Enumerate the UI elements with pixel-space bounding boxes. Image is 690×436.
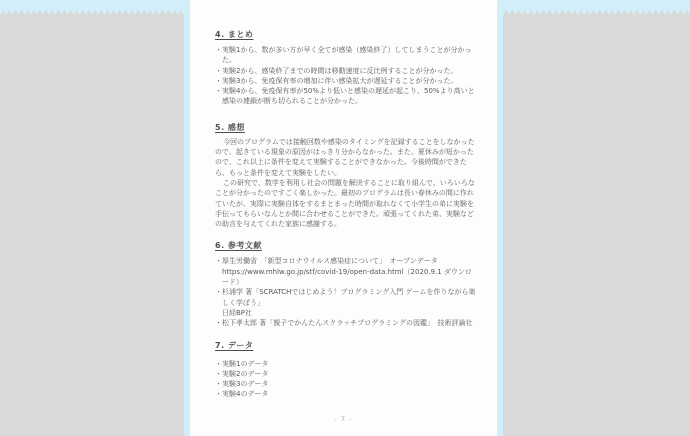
section-heading-data: 7. データ: [215, 341, 477, 350]
section-heading-references: 6. 参考文献: [215, 241, 477, 250]
data-bullet: ・実験1のデータ: [215, 359, 477, 369]
reference-publisher: 日経BP社: [215, 308, 477, 318]
impressions-paragraph: この研究で、数学を利用し社会の問題を解決することに取り組んで、いろいろなことが分…: [215, 178, 477, 229]
data-bullet: ・実験2のデータ: [215, 369, 477, 379]
backdrop-panel-right: [503, 15, 690, 436]
reference-item: ・杉浦学 著「SCRATCHではじめよう！プログラミング入門 ゲームを作りながら…: [215, 287, 477, 308]
summary-bullet: ・実験2から、感染終了までの時間は移動速度に反比例することが分かった。: [215, 66, 477, 76]
section-summary: 4. まとめ ・実験1から、数が多い方が早く全てが感染（感染終了）してしまうこと…: [215, 30, 477, 107]
summary-bullet: ・実験3から、免疫保有率の増加に伴い感染拡大が遅延することが分かった。: [215, 76, 477, 86]
section-impressions: 5. 感想 今回のプログラムでは接触回数や感染のタイミングを記録することをしなか…: [215, 123, 477, 230]
section-heading-impressions: 5. 感想: [215, 123, 477, 132]
page-number: - 7 -: [190, 414, 497, 424]
data-bullet: ・実験4のデータ: [215, 389, 477, 399]
section-heading-summary: 4. まとめ: [215, 30, 477, 39]
section-references: 6. 参考文献 ・厚生労働省 「新型コロナウイルス感染症について」 オープンデー…: [215, 241, 477, 328]
reference-item: ・松下孝太郎 著「親子でかんたんスクラッチプログラミングの図鑑」 技術評論社: [215, 318, 477, 328]
data-bullet: ・実験3のデータ: [215, 379, 477, 389]
summary-bullet: ・実験1から、数が多い方が早く全てが感染（感染終了）してしまうことが分かった。: [215, 45, 477, 66]
section-data: 7. データ ・実験1のデータ ・実験2のデータ ・実験3のデータ ・実験4のデ…: [215, 341, 477, 400]
reference-url: https://www.mhlw.go.jp/stf/covid-19/open…: [215, 267, 477, 288]
reference-item: ・厚生労働省 「新型コロナウイルス感染症について」 オープンデータ: [215, 256, 477, 266]
document-page: 4. まとめ ・実験1から、数が多い方が早く全てが感染（感染終了）してしまうこと…: [190, 0, 497, 436]
torn-edge: [0, 10, 184, 15]
backdrop-panel-left: [0, 15, 184, 436]
summary-bullet: ・実験4から、免疫保有率が50%より低いと感染の遅延が起こり、50%より高いと感…: [215, 86, 477, 107]
impressions-paragraph: 今回のプログラムでは接触回数や感染のタイミングを記録することをしなかったので、起…: [215, 137, 477, 178]
torn-edge: [503, 10, 690, 15]
